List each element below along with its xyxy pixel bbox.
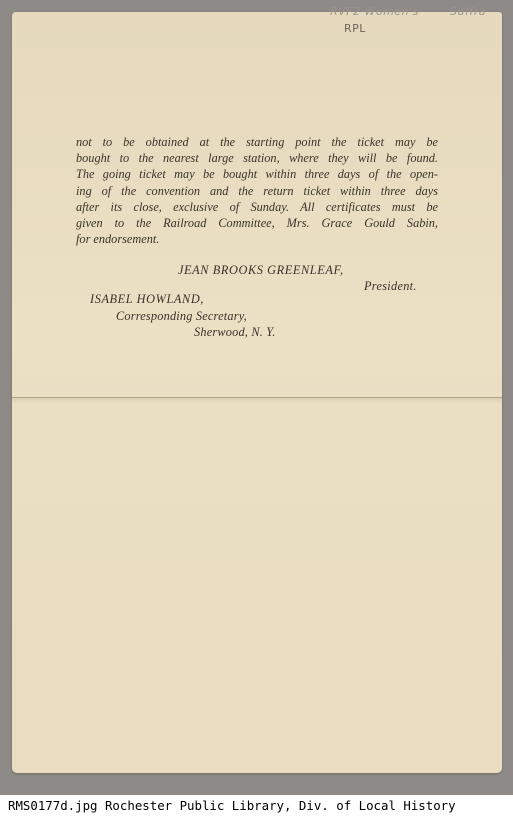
secretary-name: ISABEL HOWLAND, (90, 292, 204, 307)
body-line: given to the Railroad Committee, Mrs. Gr… (76, 215, 438, 231)
scan-background: RVF2 Women's Suffra RPL not to be obtain… (0, 0, 513, 795)
secretary-title: Corresponding Secretary, (116, 309, 247, 324)
body-line: ing of the convention and the return tic… (76, 183, 438, 199)
secretary-location: Sherwood, N. Y. (194, 325, 275, 340)
body-line: not to be obtained at the starting point… (76, 134, 438, 150)
pencil-annotation-collection: RVF2 Women's (330, 5, 419, 18)
pencil-annotation-subject: Suffra (450, 5, 486, 18)
lower-panel-shade (12, 398, 502, 773)
body-line: after its close, exclusive of Sunday. Al… (76, 199, 438, 215)
pencil-annotation-rpl: RPL (344, 22, 366, 35)
body-line: bought to the nearest large station, whe… (76, 150, 438, 166)
president-title: President. (364, 279, 417, 294)
body-paragraph: not to be obtained at the starting point… (76, 134, 438, 247)
president-name: JEAN BROOKS GREENLEAF, (178, 263, 344, 278)
body-line: The going ticket may be bought within th… (76, 166, 438, 182)
document-page (12, 12, 502, 773)
image-caption: RMS0177d.jpg Rochester Public Library, D… (0, 795, 513, 817)
body-line: for endorsement. (76, 231, 438, 247)
